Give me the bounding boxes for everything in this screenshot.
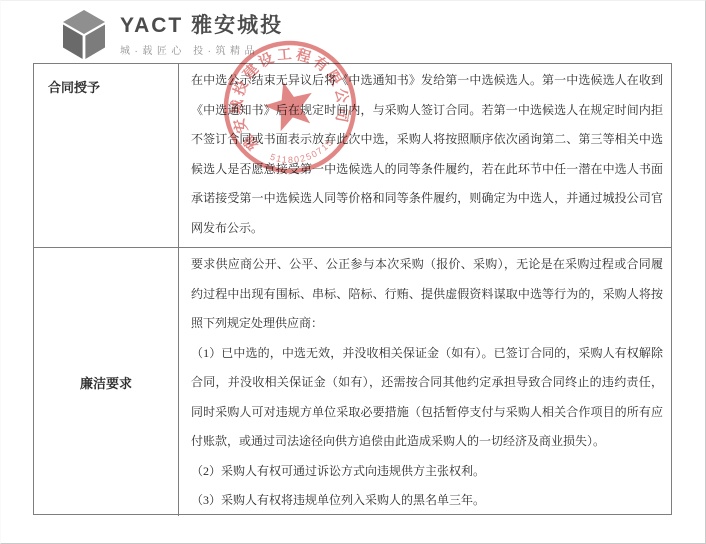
brand-tagline: 城·载匠心 投·筑精品 xyxy=(120,42,283,57)
integrity-paragraph-intro: 要求供应商公开、公平、公正参与本次采购（报价、采购），无论是在采购过程或合同履约… xyxy=(191,250,663,339)
logo-text: YACT 雅安城投 城·载匠心 投·筑精品 xyxy=(120,8,283,57)
contract-award-content: 在中选公示结束无异议后将《中选通知书》发给第一中选候选人。第一中选候选人在收到《… xyxy=(179,64,671,248)
brand-name: YACT 雅安城投 xyxy=(120,14,283,37)
integrity-paragraph-item2: （2）采购人有权可通过诉讼方式向违规供方主张权利。 xyxy=(191,457,663,487)
row-label-integrity-requirements: 廉洁要求 xyxy=(34,248,179,516)
integrity-requirements-content: 要求供应商公开、公平、公正参与本次采购（报价、采购），无论是在采购过程或合同履约… xyxy=(179,248,671,516)
row-label-contract-award: 合同授予 xyxy=(34,64,179,248)
integrity-paragraph-item1: （1）已中选的，中选无效，并没收相关保证金（如有）。已签订合同的，采购人有权解除… xyxy=(191,339,663,457)
contract-terms-table: 合同授予 在中选公示结束无异议后将《中选通知书》发给第一中选候选人。第一中选候选… xyxy=(33,63,672,515)
cube-logo-icon xyxy=(60,8,108,60)
company-logo: YACT 雅安城投 城·载匠心 投·筑精品 xyxy=(60,8,283,60)
integrity-paragraph-item3: （3）采购人有权将违规单位列入采购人的黑名单三年。 xyxy=(191,486,663,516)
contract-award-paragraph: 在中选公示结束无异议后将《中选通知书》发给第一中选候选人。第一中选候选人在收到《… xyxy=(191,66,663,243)
